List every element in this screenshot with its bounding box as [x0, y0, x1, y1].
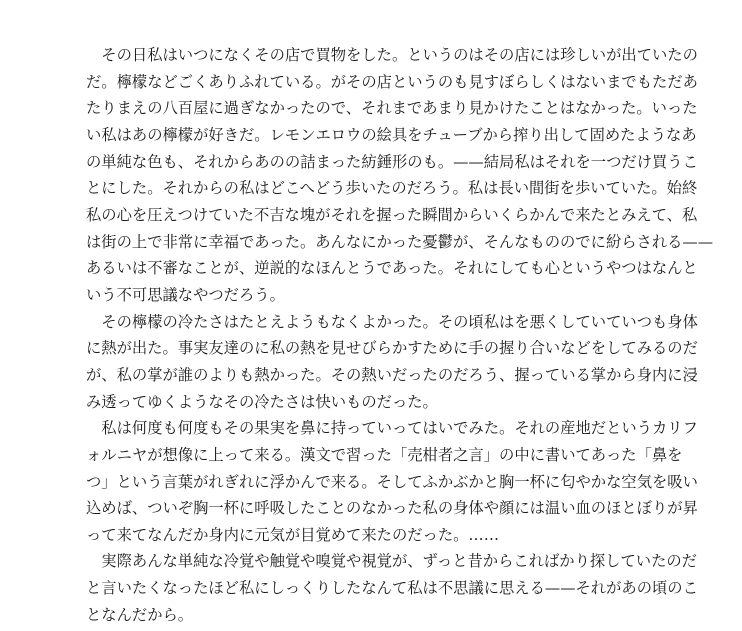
text-line: 私は何度も何度もその果実を鼻に持っていってはいでみた。それの産地だというカリフ — [86, 415, 648, 442]
text-line: その日私はいつになくその店で買物をした。というのはその店には珍しいが出ていたの — [86, 42, 648, 69]
text-line: あるいは不審なことが、逆説的なほんとうであった。それにしても心というやつはなんと — [86, 255, 648, 282]
text-line: は街の上で非常に幸福であった。あんなにかった憂鬱が、そんなもののでに紛らされる—… — [86, 229, 648, 256]
document-page: その日私はいつになくその店で買物をした。というのはその店には珍しいが出ていたの … — [86, 42, 648, 628]
text-line: の単純な色も、それからあのの詰まった紡錘形のも。——結局私はそれを一つだけ買うこ — [86, 149, 648, 176]
text-line: い私はあの檸檬が好きだ。レモンエロウの絵具をチューブから搾り出して固めたようなあ — [86, 122, 648, 149]
text-line: いう不可思議なやつだろう。 — [86, 282, 648, 309]
text-line: ォルニヤが想像に上って来る。漢文で習った「売柑者之言」の中に書いてあった「鼻を — [86, 442, 648, 469]
text-line: 込めば、ついぞ胸一杯に呼吸したことのなかった私の身体や顔には温い血のほとぼりが昇 — [86, 495, 648, 522]
text-line: が、私の掌が誰のよりも熱かった。その熱いだったのだろう、握っている掌から身内に浸 — [86, 362, 648, 389]
text-line: 実際あんな単純な冷覚や触覚や嗅覚や視覚が、ずっと昔からこればかり探していたのだ — [86, 548, 648, 575]
text-line: だ。檸檬などごくありふれている。がその店というのも見すぼらしくはないまでもただあ — [86, 69, 648, 96]
paragraph-2: その檸檬の冷たさはたとえようもなくよかった。その頃私はを悪くしていていつも身体 … — [86, 309, 648, 416]
text-line: 私の心を圧えつけていた不吉な塊がそれを握った瞬間からいくらかんで来たとみえて、私 — [86, 202, 648, 229]
paragraph-4: 実際あんな単純な冷覚や触覚や嗅覚や視覚が、ずっと昔からこればかり探していたのだ … — [86, 548, 648, 628]
text-line: み透ってゆくようなその冷たさは快いものだった。 — [86, 389, 648, 416]
text-line: とにした。それからの私はどこへどう歩いたのだろう。私は長い間街を歩いていた。始終 — [86, 175, 648, 202]
text-line: に熱が出た。事実友達のに私の熱を見せびらかすために手の握り合いなどをしてみるのだ — [86, 335, 648, 362]
text-line: つ」という言葉がれぎれに浮かんで来る。そしてふかぶかと胸一杯に匂やかな空気を吸い — [86, 469, 648, 496]
text-line: たりまえの八百屋に過ぎなかったので、それまであまり見かけたことはなかった。いった — [86, 95, 648, 122]
text-line: となんだから。 — [86, 602, 648, 629]
text-line: その檸檬の冷たさはたとえようもなくよかった。その頃私はを悪くしていていつも身体 — [86, 309, 648, 336]
paragraph-1: その日私はいつになくその店で買物をした。というのはその店には珍しいが出ていたの … — [86, 42, 648, 309]
text-line: って来てなんだか身内に元気が目覚めて来たのだった。…… — [86, 522, 648, 549]
text-line: と言いたくなったほど私にしっくりしたなんて私は不思議に思える——それがあの頃のこ — [86, 575, 648, 602]
paragraph-3: 私は何度も何度もその果実を鼻に持っていってはいでみた。それの産地だというカリフ … — [86, 415, 648, 548]
